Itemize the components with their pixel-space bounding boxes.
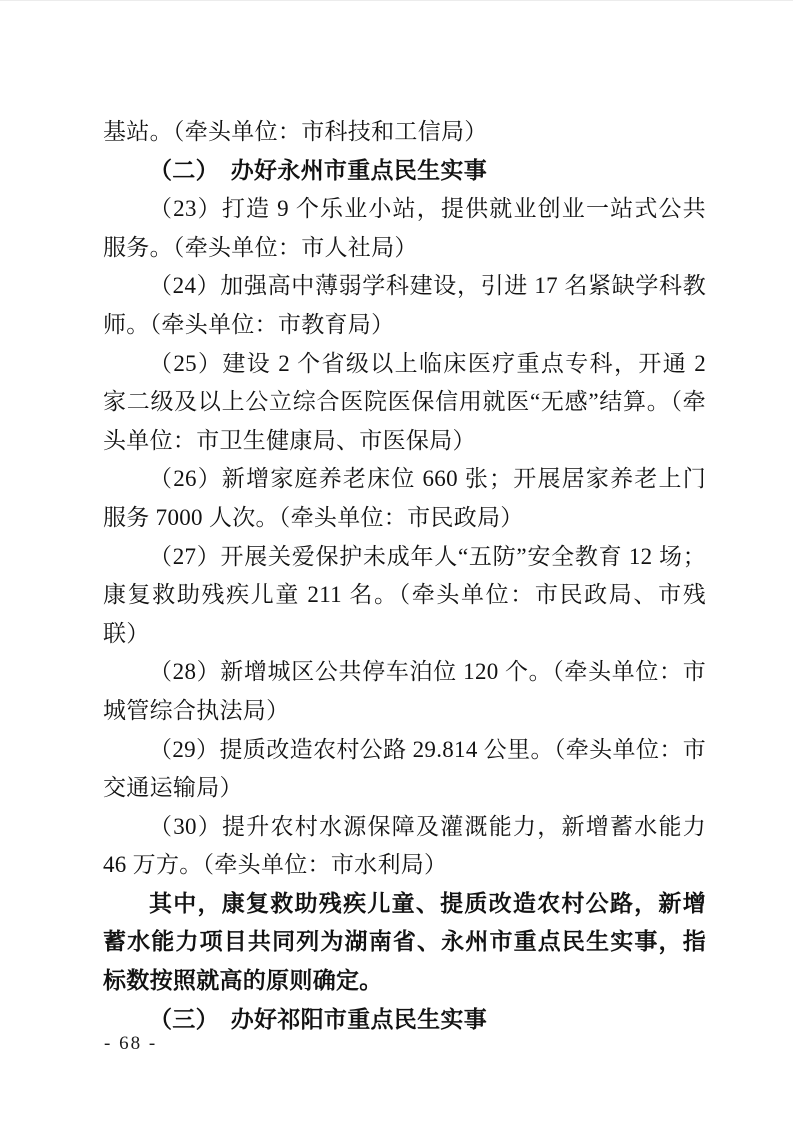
- item-27: （27）开展关爱保护未成年人“五防”安全教育 12 场；康复救助残疾儿童 211…: [103, 538, 706, 654]
- item-30: （30）提升农村水源保障及灌溉能力，新增蓄水能力 46 万方。（牵头单位：市水利…: [103, 808, 706, 885]
- item-23: （23）打造 9 个乐业小站，提供就业创业一站式公共服务。（牵头单位：市人社局）: [103, 190, 706, 267]
- item-24: （24）加强高中薄弱学科建设，引进 17 名紧缺学科教师。（牵头单位：市教育局）: [103, 267, 706, 344]
- item-28: （28）新增城区公共停车泊位 120 个。（牵头单位：市城管综合执法局）: [103, 653, 706, 730]
- document-body: 基站。（牵头单位：市科技和工信局）（二） 办好永州市重点民生实事（23）打造 9…: [103, 113, 706, 1039]
- section-heading-3: （三） 办好祁阳市重点民生实事: [103, 1001, 706, 1040]
- item-25: （25）建设 2 个省级以上临床医疗重点专科，开通 2 家二级及以上公立综合医院…: [103, 345, 706, 461]
- document-page: 基站。（牵头单位：市科技和工信局）（二） 办好永州市重点民生实事（23）打造 9…: [0, 0, 793, 1122]
- item-29: （29）提质改造农村公路 29.814 公里。（牵头单位：市交通运输局）: [103, 731, 706, 808]
- paragraph-continuation: 基站。（牵头单位：市科技和工信局）: [103, 113, 706, 152]
- note-paragraph: 其中，康复救助残疾儿童、提质改造农村公路，新增蓄水能力项目共同列为湖南省、永州市…: [103, 885, 706, 1001]
- section-heading-2: （二） 办好永州市重点民生实事: [103, 152, 706, 191]
- item-26: （26）新增家庭养老床位 660 张；开展居家养老上门服务 7000 人次。（牵…: [103, 460, 706, 537]
- page-number: - 68 -: [104, 1033, 157, 1055]
